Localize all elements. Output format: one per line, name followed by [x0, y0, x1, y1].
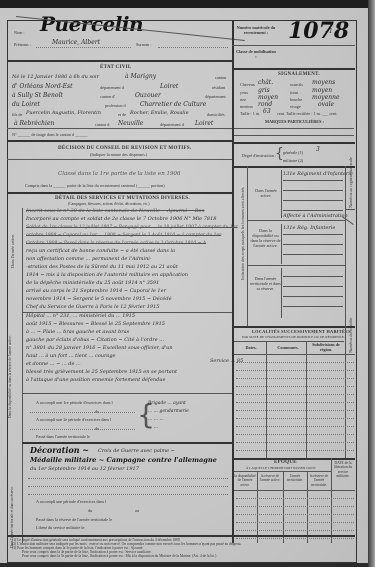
etat-civil-parents-dept: Loiret: [195, 120, 213, 127]
etat-civil-canton: d' Orléans Nord-Est: [12, 83, 73, 90]
localites-col-subdivisions: Subdivisions de région.: [308, 342, 344, 352]
localites-col-communes: Communes.: [268, 345, 308, 350]
decoration-blank-1: [28, 478, 228, 479]
corps-disponibilite-value1: Affecté à l'Administration: [283, 213, 348, 220]
localites-row-4: [236, 386, 354, 387]
corps-territ-brace: [281, 268, 282, 318]
localites-row-7: [236, 410, 354, 411]
etat-civil-title: ÉTAT CIVIL: [100, 65, 131, 70]
localites-numero-label: Numéros du contrôle: [348, 318, 353, 353]
epoque-row-4: [236, 522, 354, 523]
menton-label: menton: [240, 104, 253, 109]
brace-note-4: ... ...: [148, 424, 158, 431]
etat-civil-parents-commune: à Rebréchien: [14, 120, 54, 127]
localites-row-8: [236, 418, 354, 419]
corps-active-line-3: [283, 200, 343, 201]
localites-row-5: [236, 394, 354, 395]
etat-civil-father: Puercelin Augustin, Florentin: [26, 110, 101, 117]
header-bottom-rule: [7, 60, 232, 62]
cheveux-value: chât.: [258, 79, 273, 86]
services-line-8: -stration des Postes de la Sûreté du 11 …: [26, 264, 178, 271]
surnom-underline: [158, 47, 228, 48]
services-line-20: et donne ... ~ ... de ...: [26, 361, 81, 368]
services-line-5: Octobre 1909 ~ Passé dans la réserve de …: [26, 240, 206, 247]
decoration-blank-2: [28, 486, 228, 487]
brace-note-1: Brigade ... ayant: [148, 400, 186, 407]
corps-disponibilite-label: Dans la disponibilité ou dans la réserve…: [249, 228, 282, 248]
services-line-13: Chef du Service de Guerre à Paris le 12 …: [26, 304, 159, 311]
corps-active-line-4: [283, 210, 343, 211]
decision-compris: Compris dans la ______ partie de la list…: [25, 183, 166, 188]
epoque-col-divider-1: [257, 471, 258, 543]
marques-label: MARQUES PARTICULIÈRES :: [265, 119, 324, 124]
services-side-active: Dans l'armée active.: [10, 234, 15, 268]
departement-label: département d: [100, 85, 124, 90]
visage-value: ovale: [318, 101, 334, 108]
corps-active-value: 131e Régiment d'Infanterie: [283, 171, 353, 178]
epoque-row-6: [236, 538, 354, 539]
services-line-18: n° 3801 du 28 janvier 1916 ~ Excellent s…: [26, 345, 173, 352]
localites-row-6: [236, 402, 354, 403]
epoque-row-2: [236, 506, 354, 507]
brace-note-3: ... ... ...: [148, 416, 164, 423]
visage-label: visage: [290, 104, 301, 109]
periode-2-label: A accompli une 2e période d'exercices da…: [36, 417, 111, 422]
signalement-bottom-rule: [232, 142, 355, 144]
epoque-col-divider-3: [307, 471, 308, 543]
yeux-value: gris: [258, 87, 270, 94]
corps-side-divider: [247, 166, 248, 326]
decision-line: [7, 159, 232, 160]
marques-line-1: [234, 128, 354, 129]
epoque-col-territoriale: l'armée territoriale.: [284, 474, 306, 483]
corps-divider-2: [248, 265, 345, 266]
services-line-10: de la dépêche ministérielle du 25 août 1…: [26, 280, 159, 287]
prenoms-underline: [36, 47, 131, 48]
corps-active-line-1: [283, 180, 343, 181]
services-margin-note: Service ... 85: [210, 358, 243, 365]
services-line-17: gauche par éclats d'obus ~ Citation ~ Ci…: [26, 337, 164, 344]
decision-classe: Classé dans la 1re partie de la liste en…: [58, 171, 181, 178]
epoque-date-col: DATE de la libération du service militai…: [332, 461, 354, 479]
corps-dispo-line-2: [283, 244, 343, 245]
services-line-15: août 1915 ~ Blessures ~ Blessé le 25 Sep…: [26, 321, 165, 328]
instruction-generale-label: générale (1): [283, 150, 303, 155]
localites-col-divider-2: [306, 341, 307, 458]
services-line-6: reçu un certificat de bonne conduite ~ a…: [26, 248, 175, 255]
epoque-row-3: [236, 514, 354, 515]
nom-label: Nom :: [14, 30, 25, 35]
taille-rectifiee: cent. Taille rectifiée : 1 m. ___ cent.: [277, 111, 337, 116]
services-line-16: à ... ~ Plaie ... bras gauche et avant b…: [26, 329, 129, 336]
services-line-19: haut ... à un fort ... tient ... courage: [26, 353, 116, 360]
header-right-bottom-rule: [232, 68, 355, 70]
services-line-3: Soldat de 1re classe le 12 juillet 1907 …: [26, 224, 238, 231]
taille-value: 63: [263, 108, 271, 115]
periode-1-line: [30, 412, 135, 413]
matricule-label: Numéro matricule du recrutement :: [236, 25, 276, 35]
decoration-label: Décoration ~: [30, 445, 89, 455]
localites-row-10: [236, 434, 354, 435]
epoque-col-reserve-territoriale: la réserve de l'armée territoriale.: [308, 474, 330, 487]
corps-side-label: Indication des corps auxquels les hommes…: [240, 187, 245, 280]
services-line-2: Incorporé au compte et soldat de 2e clas…: [26, 216, 216, 223]
epoque-row-rule-0: [234, 490, 355, 491]
prenoms-value: Maurice, Albert: [52, 39, 100, 46]
etat-civil-residence-dept: du Loiret: [12, 101, 40, 108]
etat-civil-parents-canton: Neuville: [118, 120, 143, 127]
decision-bottom-rule: [7, 192, 232, 194]
bouche-label: bouche: [290, 97, 302, 102]
instruction-label: Degré d'instruction :: [240, 153, 278, 158]
brace-note-2: ... ... gendarmerie: [148, 408, 189, 415]
canton-label-2: canton d': [100, 94, 115, 99]
services-side-divider: [22, 208, 23, 543]
canton-label: canton: [215, 75, 226, 80]
front-value: moyen: [312, 87, 332, 94]
corps-territ-line-4: [283, 306, 343, 307]
localites-row-11: [236, 442, 354, 443]
services-line-11: arrivé au corps le 21 Septembre 1914 ~ C…: [26, 288, 166, 295]
departement-label-2: département: [205, 94, 226, 99]
periode-1-label: A accompli une 1re période d'exercices d…: [36, 400, 113, 405]
periode-territ-au: au: [135, 508, 139, 513]
localites-row-rule-0: [234, 354, 355, 355]
localites-row-2: [236, 370, 354, 371]
sourcils-value: moyens: [312, 79, 335, 86]
localites-row-12: [236, 450, 354, 451]
localites-row-9: [236, 426, 354, 427]
services-subtitle: (Campagnes, blessures, actions d'éclat, …: [68, 202, 149, 207]
services-line-12: novembre 1914 ~ Sergent le 5 novembre 19…: [26, 296, 172, 303]
instruction-generale-value: 3: [316, 146, 320, 153]
services-line-9: 1914 ~ mis à la disposition de l'autorit…: [26, 272, 188, 279]
front-label: front: [290, 90, 298, 95]
instruction-bottom-rule: [232, 166, 355, 168]
corps-territ-line-2: [283, 286, 343, 287]
localites-title: LOCALITÉS SUCCESSIVEMENT HABITÉES: [252, 329, 351, 334]
decoration-line-1: Croix de Guerre avec palme ~: [98, 448, 175, 455]
epoque-title: ÉPOQUE: [274, 460, 297, 465]
matricule-value: 1078: [288, 18, 349, 44]
nez-label: nez: [240, 97, 246, 102]
mere-label: et de: [118, 112, 126, 117]
libere-label: Libéré du service militaire le: [36, 525, 84, 530]
far-right-tick: [345, 209, 355, 210]
etat-civil-departement: Loiret: [160, 83, 178, 90]
corps-active-line-2: [283, 190, 343, 191]
services-line-21: blessé très grièvement le 25 Septembre 1…: [26, 369, 177, 376]
domicilies-label: domiciliés: [207, 112, 224, 117]
corps-territoriale-label: Dans l'armée territoriale et dans sa rés…: [249, 276, 282, 291]
localites-col-divider-3: [345, 326, 346, 458]
residant-label: résidant: [212, 85, 225, 90]
footnote-5: Pour ceux compris dans la 5e partie de l…: [22, 554, 216, 558]
decoration-line-2: Médaille militaire ~ Campagne contre l'a…: [30, 456, 217, 464]
decoration-blank-3: [28, 494, 228, 495]
corps-territ-line-1: [283, 276, 343, 277]
epoque-row-5: [236, 530, 354, 531]
corps-disponibilite-value2: 131e Rég. Infanterie: [283, 225, 335, 232]
localites-col-dates: Dates.: [236, 345, 266, 350]
corps-active-brace: [281, 170, 282, 218]
nez-value: moyen: [258, 94, 278, 101]
etat-civil-bottom-rule: [7, 128, 232, 129]
etat-civil-profession: Charretier de Culture: [140, 101, 206, 108]
services-section-rule-3: [22, 442, 232, 444]
taille-label: Taille : 1 m.: [240, 111, 260, 116]
instruction-militaire-label: militaire (2): [283, 158, 303, 163]
profession-label: profession d: [105, 103, 126, 108]
etat-civil-birth-place: à Marigny: [125, 73, 156, 80]
passe-territoriale-label: Passé dans l'armée territoriale le: [36, 434, 90, 439]
corps-bottom-rule: [232, 326, 355, 328]
classe-label: Classe de mobilisation :: [236, 49, 276, 59]
decision-title: DÉCISION DU CONSEIL DE REVISION ET MOTIF…: [58, 146, 192, 151]
localites-row-3: [236, 378, 354, 379]
corps-dispo-line-1: [283, 234, 343, 235]
surnom-label: Surnom :: [136, 42, 151, 47]
corps-dispo-brace: [281, 224, 282, 264]
corps-far-right-divider: [345, 166, 346, 326]
menton-value: rond: [258, 101, 272, 108]
sourcils-label: sourcils: [290, 82, 303, 87]
services-title: DÉTAIL DES SERVICES ET MUTATIONS DIVERSE…: [55, 196, 190, 201]
services-line-4: octobre 1909 ~ Caporal au 1er ... 1908 ~…: [26, 232, 221, 239]
etat-civil-residence: à Sully St Benoît: [12, 92, 63, 99]
epoque-col-divider-2: [283, 471, 284, 543]
signalement-title: SIGNALEMENT.: [278, 72, 320, 77]
bouche-value: moyenne: [312, 94, 340, 101]
services-line-7: non affectation comme ... permanent de l…: [26, 256, 152, 263]
periode-2-line: [30, 429, 135, 430]
marques-line-2: [234, 135, 354, 136]
epoque-row-1: [236, 498, 354, 499]
localites-col-divider-1: [266, 341, 267, 458]
services-line-22: à l'attaque d'une position ennemie forte…: [26, 377, 165, 384]
fils-label: fils de: [12, 112, 22, 117]
corps-territ-line-3: [283, 296, 343, 297]
main-column-divider: [232, 60, 234, 543]
services-side-disponibilite: Dans la disponibilité ou dans la réserve…: [8, 336, 12, 418]
departement-label-3: département d: [160, 122, 184, 127]
passe-reserve-territ: Passé dans la réserve de l'armée territo…: [36, 517, 112, 522]
canton-label-3: canton d: [95, 122, 109, 127]
etat-civil-birth: Né le 12 Janvier 1886 à 6h du soir: [12, 74, 99, 81]
tirage-bottom-rule: [7, 140, 232, 142]
localites-row-1: [236, 362, 354, 363]
footnotes-top-rule: [7, 535, 355, 537]
localites-subtitle: PAR SUITE DE CHANGEMENTS DE DOMICILE OU …: [242, 335, 345, 340]
decoration-line-3: du 1er Septembre 1914 au 12 février 1917: [30, 466, 139, 473]
decision-subtitle: (Indiquer la nature des dispenses.): [90, 152, 147, 157]
epoque-col-disponibilite: la disponibilité de l'armée active.: [234, 474, 256, 487]
corps-divider-1: [248, 220, 345, 221]
etat-civil-residence-canton: Ouzouer: [135, 92, 161, 99]
corps-dispo-line-3: [283, 254, 343, 255]
epoque-col-reserve-active: la réserve de l'armée active.: [258, 474, 282, 483]
scan-right-edge: [368, 0, 375, 567]
military-record-sheet: Nom : Puercelin Prénoms : Maurice, Alber…: [0, 8, 368, 563]
matricule-suffix: - 1: [325, 28, 333, 35]
tirage-line: N° ______ de tirage dans le canton d ___…: [12, 132, 88, 137]
services-section-rule-2: [22, 393, 232, 394]
services-line-1: Inscrit sous le n° 30 de la liste canton…: [26, 208, 205, 215]
periode-territ-label: A accompli une période d'exercices dans …: [36, 499, 106, 504]
corps-active-label: Dans l'armée active.: [250, 188, 282, 198]
matricule-divider: [232, 45, 355, 46]
periode-territ-du: du: [88, 508, 92, 513]
yeux-label: yeux: [240, 90, 248, 95]
prenoms-label: Prénoms :: [14, 42, 31, 47]
far-right-label-1: Numéros au registre matricule: [348, 157, 353, 208]
etat-civil-mother: Rocher, Émilie, Rosalie: [130, 110, 189, 117]
cheveux-label: Cheveux: [240, 82, 255, 87]
services-line-14: Hôpital ... n° 231, ... ministériel du .…: [26, 313, 135, 320]
